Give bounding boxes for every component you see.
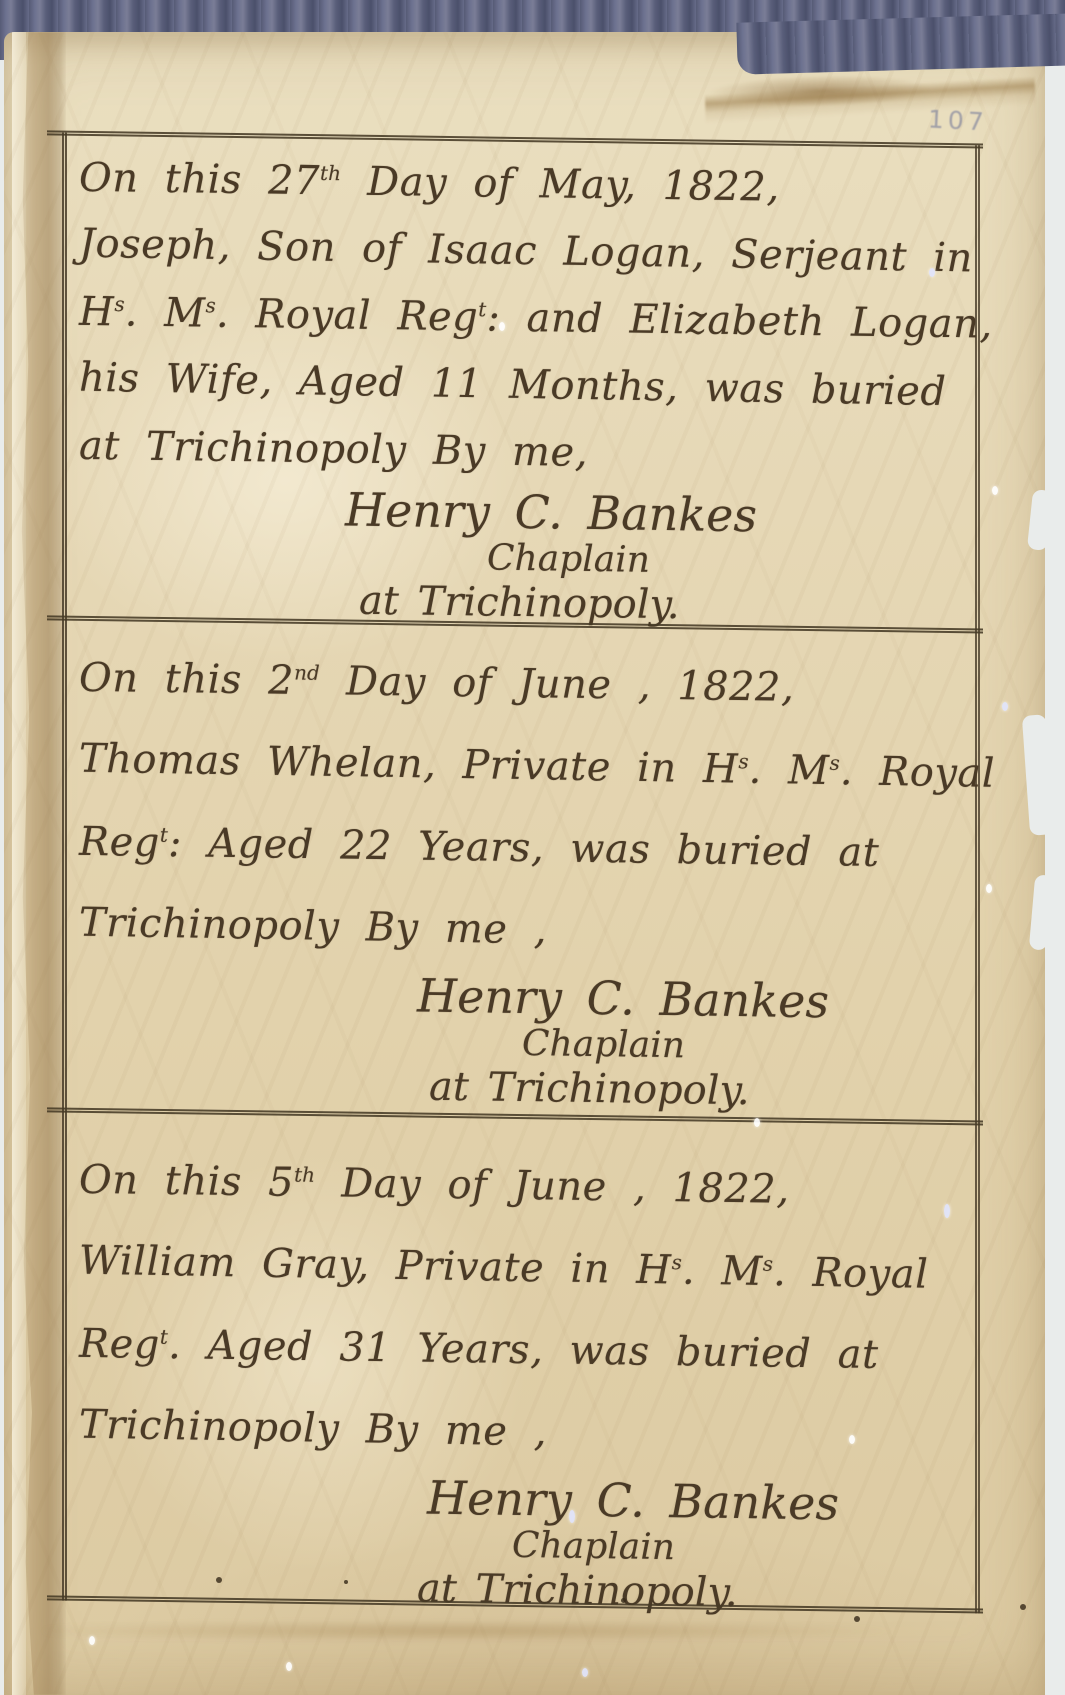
entry-body-text: On this 2nd Day of June , 1822,Thomas Wh… <box>67 621 975 978</box>
burial-entry-2: On this 2nd Day of June , 1822,Thomas Wh… <box>67 621 975 1121</box>
entry-line: Trichinopoly By me , <box>79 882 975 979</box>
entry-line: Trichinopoly By me , <box>79 1384 975 1481</box>
chaplain-signature: Henry C. Bankes <box>345 484 975 545</box>
signature-block: Henry C. Bankes Chaplain at Trichinopoly… <box>67 480 975 633</box>
signature-block: Henry C. Bankes Chaplain at Trichinopoly… <box>67 965 975 1118</box>
flash-speck <box>1002 702 1008 711</box>
entry-line: William Gray, Private in Hs. Ms. Royal <box>79 1220 975 1317</box>
flash-speck <box>286 1662 292 1671</box>
entry-body-text: On this 27th Day of May, 1822,Joseph, So… <box>67 135 975 493</box>
burial-entry-1: On this 27th Day of May, 1822,Joseph, So… <box>67 135 975 629</box>
entry-line: Thomas Whelan, Private in Hs. Ms. Royal <box>79 718 975 815</box>
chaplain-title: Chaplain <box>512 1525 975 1573</box>
page-number: 107 <box>927 104 988 136</box>
flash-speck <box>929 268 935 277</box>
entry-line: On this 5th Day of June , 1822, <box>79 1139 975 1234</box>
table-surface-edge <box>736 13 1065 74</box>
flash-speck <box>89 1636 95 1645</box>
flash-speck <box>992 486 998 495</box>
flash-speck <box>582 1668 588 1677</box>
ink-dot <box>216 1577 222 1583</box>
ink-dot <box>1020 1604 1026 1610</box>
ink-dot <box>621 1598 626 1603</box>
signature-block: Henry C. Bankes Chaplain at Trichinopoly… <box>67 1467 975 1620</box>
flash-speck <box>986 884 992 893</box>
photographed-burial-register: 107 On this 27th Day of May, 1822,Joseph… <box>0 0 1065 1695</box>
register-ruled-frame: On this 27th Day of May, 1822,Joseph, So… <box>62 133 980 1614</box>
flash-speck <box>754 1118 760 1127</box>
burial-entry-3: On this 5th Day of June , 1822,William G… <box>67 1113 975 1609</box>
entry-line: at Trichinopoly By me, <box>79 413 975 493</box>
paper-shade-band <box>44 1618 964 1644</box>
chaplain-title: Chaplain <box>487 538 975 587</box>
flash-speck <box>499 322 505 331</box>
entry-body-text: On this 5th Day of June , 1822,William G… <box>67 1113 975 1480</box>
chaplain-title: Chaplain <box>522 1023 975 1071</box>
chaplain-signature: Henry C. Bankes <box>417 970 975 1030</box>
entry-line: Regt: Aged 22 Years, was buried at <box>79 801 975 896</box>
flash-speck <box>849 1435 855 1444</box>
entry-line: On this 2nd Day of June , 1822, <box>79 637 975 732</box>
chaplain-signature: Henry C. Bankes <box>427 1472 975 1532</box>
entry-line: Regt. Aged 31 Years, was buried at <box>79 1303 975 1398</box>
signature-place: at Trichinopoly. <box>429 1064 975 1118</box>
register-page: 107 On this 27th Day of May, 1822,Joseph… <box>4 32 1045 1695</box>
ink-dot <box>854 1616 860 1622</box>
flash-speck <box>569 1510 575 1523</box>
flash-speck <box>944 1204 950 1218</box>
ink-dot <box>344 1580 348 1584</box>
